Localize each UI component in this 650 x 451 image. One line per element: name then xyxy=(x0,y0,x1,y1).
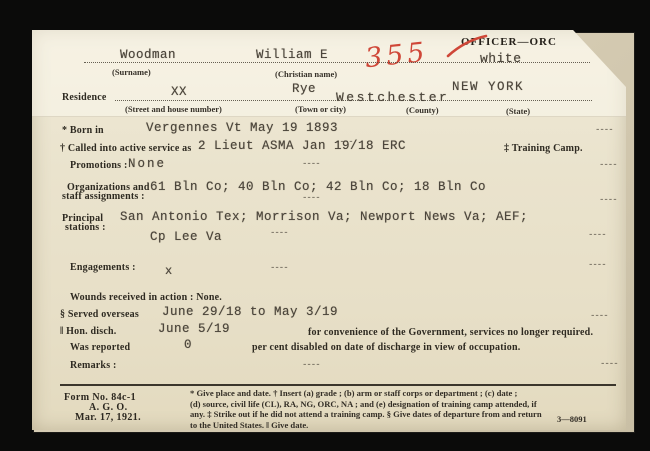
residence-county-entry: Westchester xyxy=(336,90,449,105)
name-dotted-line xyxy=(84,61,590,63)
was-reported-entry: 0 xyxy=(184,338,192,352)
residence-label: Residence xyxy=(62,92,107,103)
engagements-entry: x xyxy=(165,264,173,278)
dash-mark: ---- xyxy=(588,260,606,270)
served-overseas-entry: June 29/18 to May 3/19 xyxy=(162,305,338,319)
christian-name-caption: (Christian name) xyxy=(275,69,337,79)
wounds-label: Wounds received in action : None. xyxy=(70,292,222,303)
town-caption: (Town or city) xyxy=(295,104,346,114)
residence-state-entry: NEW YORK xyxy=(452,80,524,94)
dash-mark: ---- xyxy=(595,125,613,135)
dash-mark: ---- xyxy=(599,195,617,205)
surname-entry: Woodman xyxy=(120,48,176,62)
dash-mark: ---- xyxy=(270,228,288,238)
residence-dotted-line xyxy=(115,99,592,101)
born-entry: Vergennes Vt May 19 1893 xyxy=(146,121,338,135)
dash-mark: ---- xyxy=(588,230,606,240)
dash-mark: ---- xyxy=(302,360,320,370)
scanned-service-record: OFFICER—ORC white 355 Woodman William E … xyxy=(0,0,650,451)
footnotes-block: * Give place and date. † Insert (a) grad… xyxy=(190,388,588,430)
organizations-label-line2: staff assignments : xyxy=(62,191,145,202)
footnote-line4: to the United States. ‖ Give date. xyxy=(190,420,588,431)
footnote-line2: (d) source, civil life (CL), RA, NG, ORC… xyxy=(190,399,588,410)
promotions-label: Promotions : xyxy=(70,160,128,171)
race-entry: white xyxy=(480,51,522,66)
dash-mark: ---- xyxy=(302,159,320,169)
red-handwritten-number: 355 xyxy=(364,37,430,74)
dash-mark: ---- xyxy=(600,359,618,369)
surname-caption: (Surname) xyxy=(112,67,151,77)
called-into-service-entry: 2 Lieut ASMA Jan 19/18 ERC xyxy=(198,139,406,153)
hon-disch-label: ‖ Hon. disch. xyxy=(60,326,116,337)
stations-entry-line2: Cp Lee Va xyxy=(150,230,222,244)
dash-mark: ---- xyxy=(270,263,288,273)
organizations-entry: 61 Bln Co; 40 Bln Co; 42 Bln Co; 18 Bln … xyxy=(150,180,486,194)
stations-label-line2: stations : xyxy=(65,222,106,233)
dash-mark: ---- xyxy=(302,193,320,203)
residence-street-entry: XX xyxy=(171,85,187,99)
footer-divider-line xyxy=(60,384,616,386)
remarks-label: Remarks : xyxy=(70,360,117,371)
training-camp-label: ‡ Training Camp. xyxy=(504,143,583,154)
footnote-line1: * Give place and date. † Insert (a) grad… xyxy=(190,388,588,399)
born-label: * Born in xyxy=(62,125,104,136)
form-date: Mar. 17, 1921. xyxy=(75,412,141,423)
promotions-entry: None xyxy=(128,157,166,171)
service-record-card: OFFICER—ORC white 355 Woodman William E … xyxy=(32,30,626,430)
christian-name-entry: William E xyxy=(256,48,328,62)
dash-mark: ---- xyxy=(590,311,608,321)
hon-disch-suffix: for convenience of the Government, servi… xyxy=(308,327,593,338)
called-into-service-label: † Called into active service as xyxy=(60,143,191,154)
served-overseas-label: § Served overseas xyxy=(60,309,139,320)
dash-mark: ---- xyxy=(599,160,617,170)
stations-entry-line1: San Antonio Tex; Morrison Va; Newport Ne… xyxy=(120,210,528,224)
residence-town-entry: Rye xyxy=(292,82,316,96)
was-reported-label: Was reported xyxy=(70,342,130,353)
hon-disch-entry: June 5/19 xyxy=(158,322,230,336)
county-caption: (County) xyxy=(406,105,439,115)
state-caption: (State) xyxy=(506,106,530,116)
footnote-line3: any. ‡ Strike out if he did not attend a… xyxy=(190,409,588,420)
classification-stamp: OFFICER—ORC xyxy=(461,36,557,48)
was-reported-suffix: per cent disabled on date of discharge i… xyxy=(252,342,520,353)
street-caption: (Street and house number) xyxy=(125,104,222,114)
engagements-label: Engagements : xyxy=(70,262,136,273)
print-code: 3—8091 xyxy=(557,414,587,424)
